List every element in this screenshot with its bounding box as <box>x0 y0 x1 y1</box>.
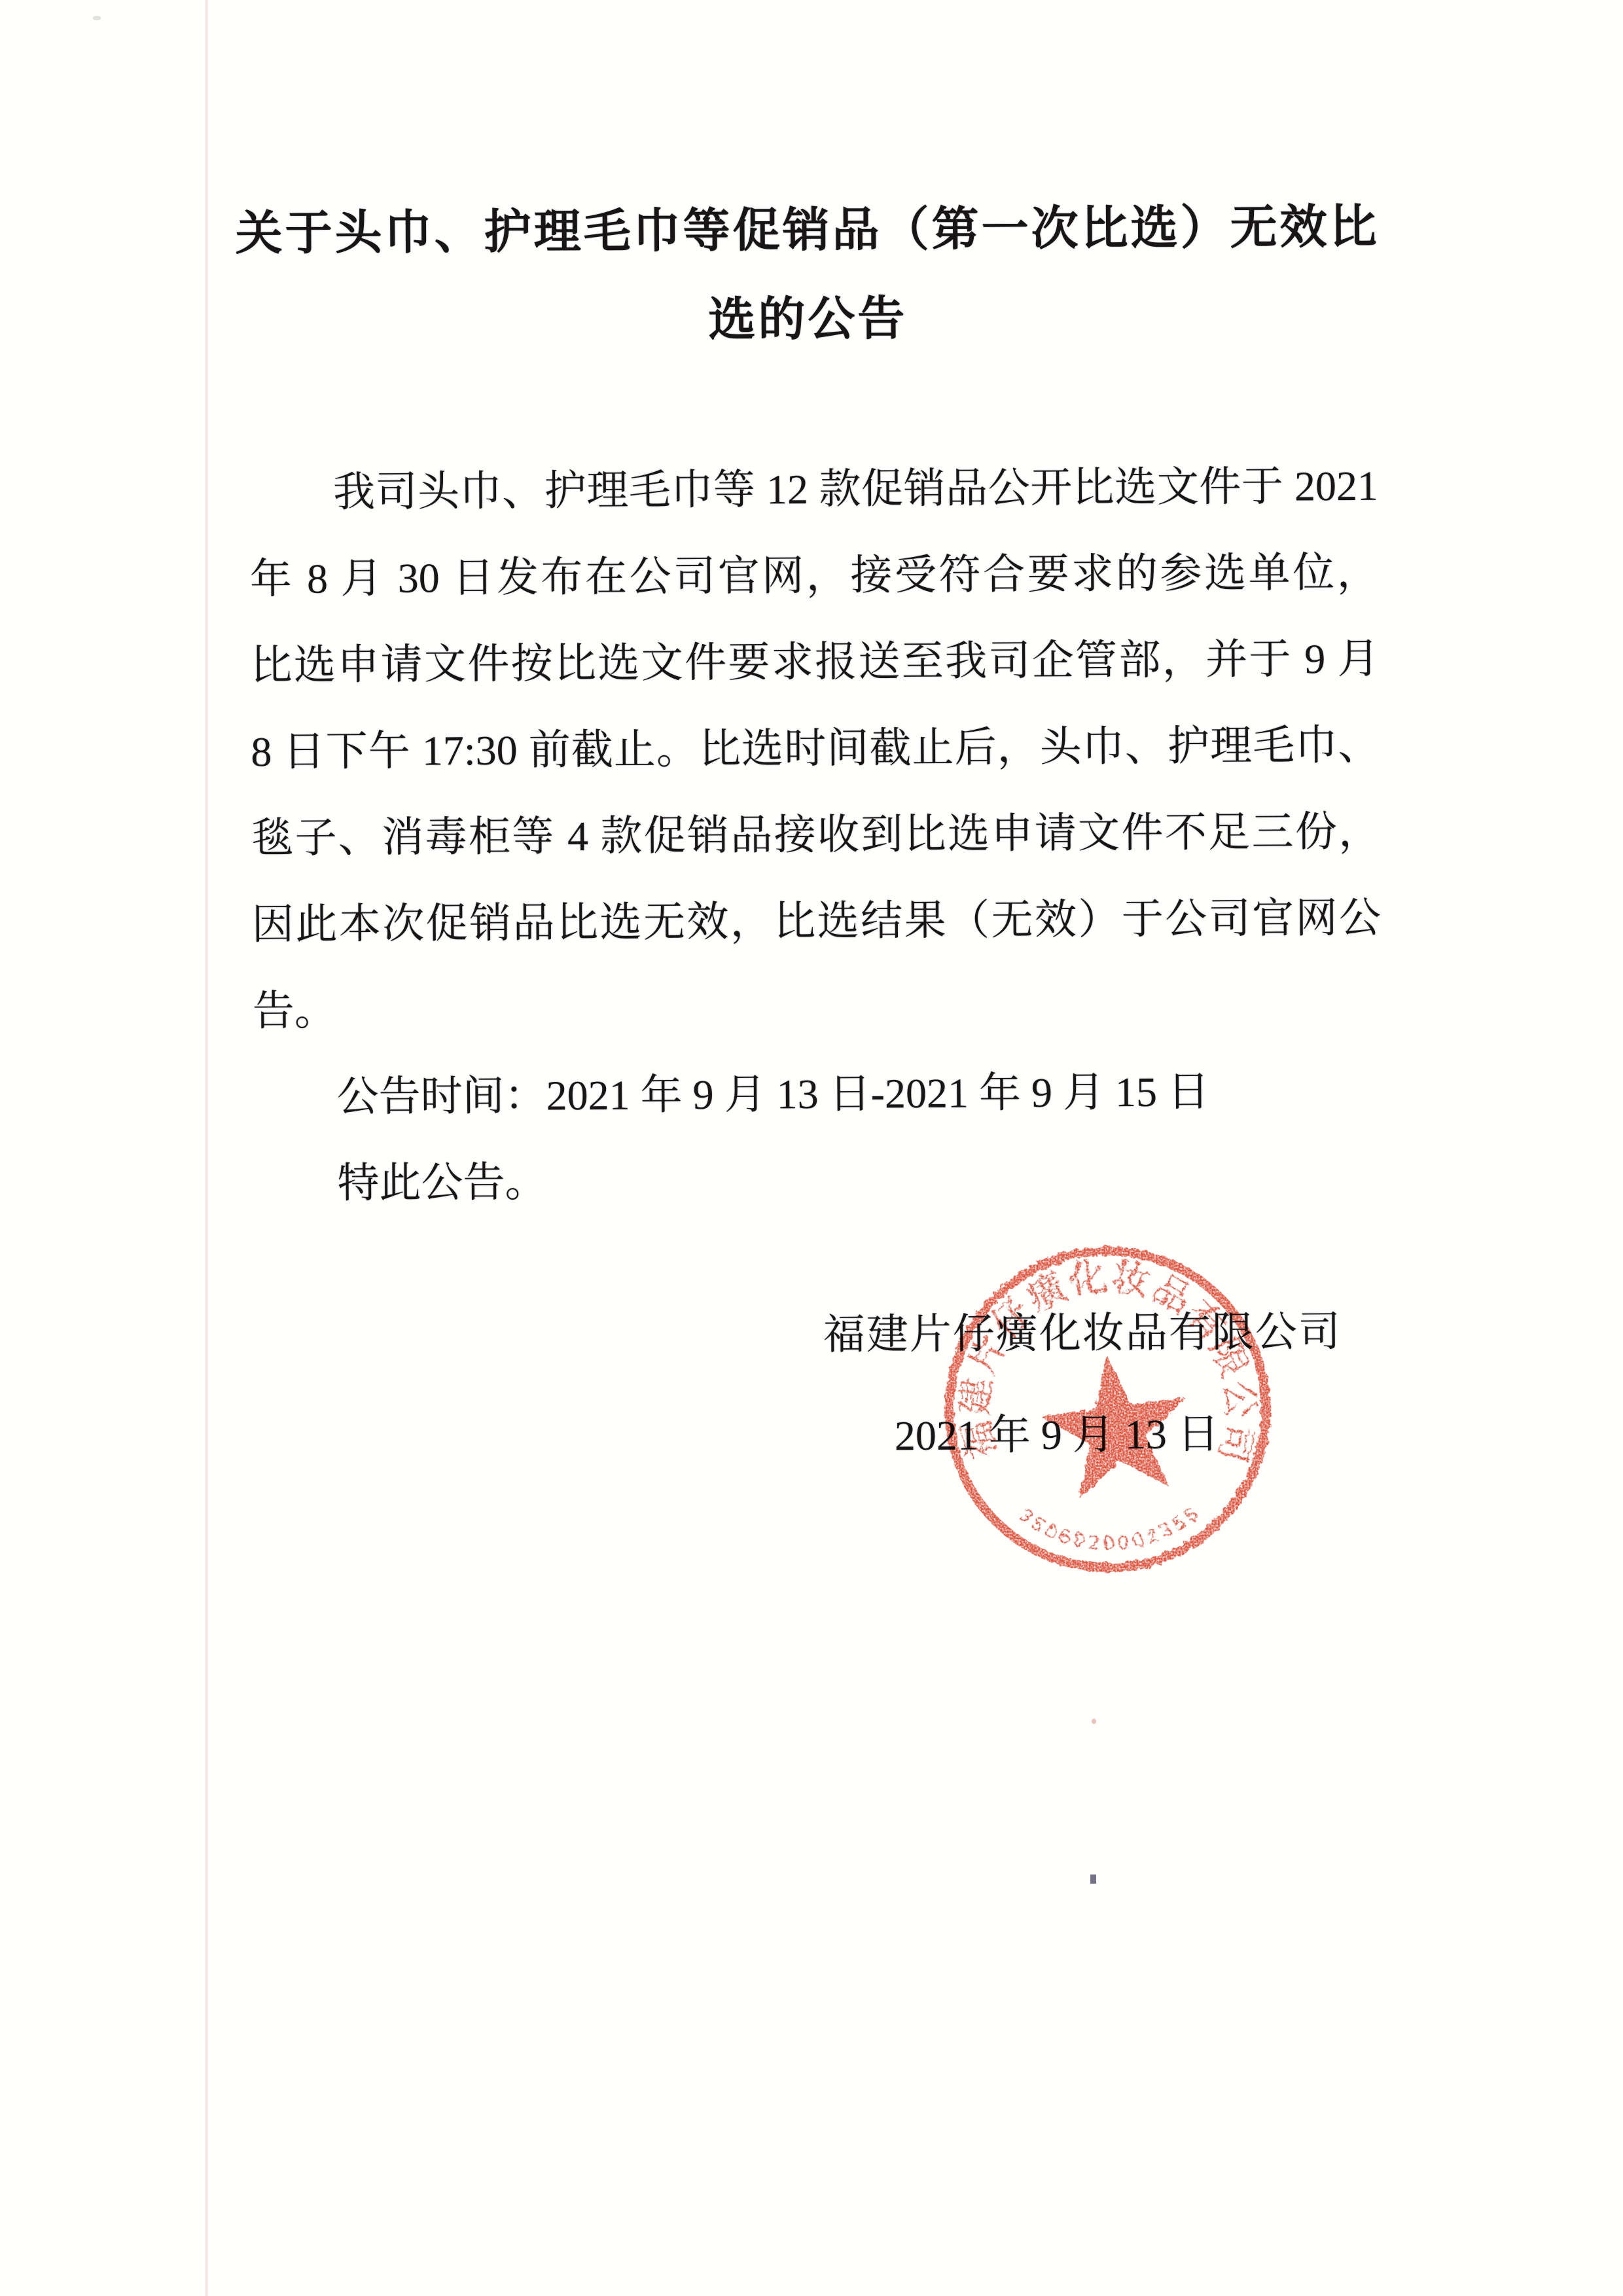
closing-line: 特此公告。 <box>253 1134 1383 1228</box>
seal-star-icon <box>1040 1354 1186 1499</box>
body-text: 我司头巾、护理毛巾等 12 款促销品公开比选文件于 2021 年 8 月 30 … <box>249 443 1383 1228</box>
document-title-line-1: 关于头巾、护理毛巾等促销品（第一次比选）无效比 <box>0 181 1619 279</box>
document-content: 关于头巾、护理毛巾等促销品（第一次比选）无效比 选的公告 我司头巾、护理毛巾等 … <box>0 0 1623 2296</box>
body-line: 因此本次促销品比选无效，比选结果（无效）于公司官网公 <box>252 875 1382 969</box>
body-line: 年 8 月 30 日发布在公司官网，接受符合要求的参选单位， <box>249 529 1379 623</box>
body-line: 8 日下午 17:30 前截止。比选时间截止后，头巾、护理毛巾、 <box>251 702 1380 796</box>
body-line: 告。 <box>252 961 1382 1055</box>
notice-time-line: 公告时间：2021 年 9 月 13 日-2021 年 9 月 15 日 <box>253 1048 1382 1141</box>
company-seal: 福建片仔癀化妆品有限公司 3506020002355 <box>942 1244 1274 1575</box>
document-title: 关于头巾、护理毛巾等促销品（第一次比选）无效比 选的公告 <box>0 181 1620 368</box>
scanned-announcement-page: 关于头巾、护理毛巾等促销品（第一次比选）无效比 选的公告 我司头巾、护理毛巾等 … <box>0 0 1623 2296</box>
body-line: 毯子、消毒柜等 4 款促销品接收到比选申请文件不足三份， <box>251 789 1381 882</box>
body-line: 比选申请文件按比选文件要求报送至我司企管部，并于 9 月 <box>250 616 1380 709</box>
document-title-line-2: 选的公告 <box>0 270 1620 368</box>
body-line: 我司头巾、护理毛巾等 12 款促销品公开比选文件于 2021 <box>249 443 1379 537</box>
